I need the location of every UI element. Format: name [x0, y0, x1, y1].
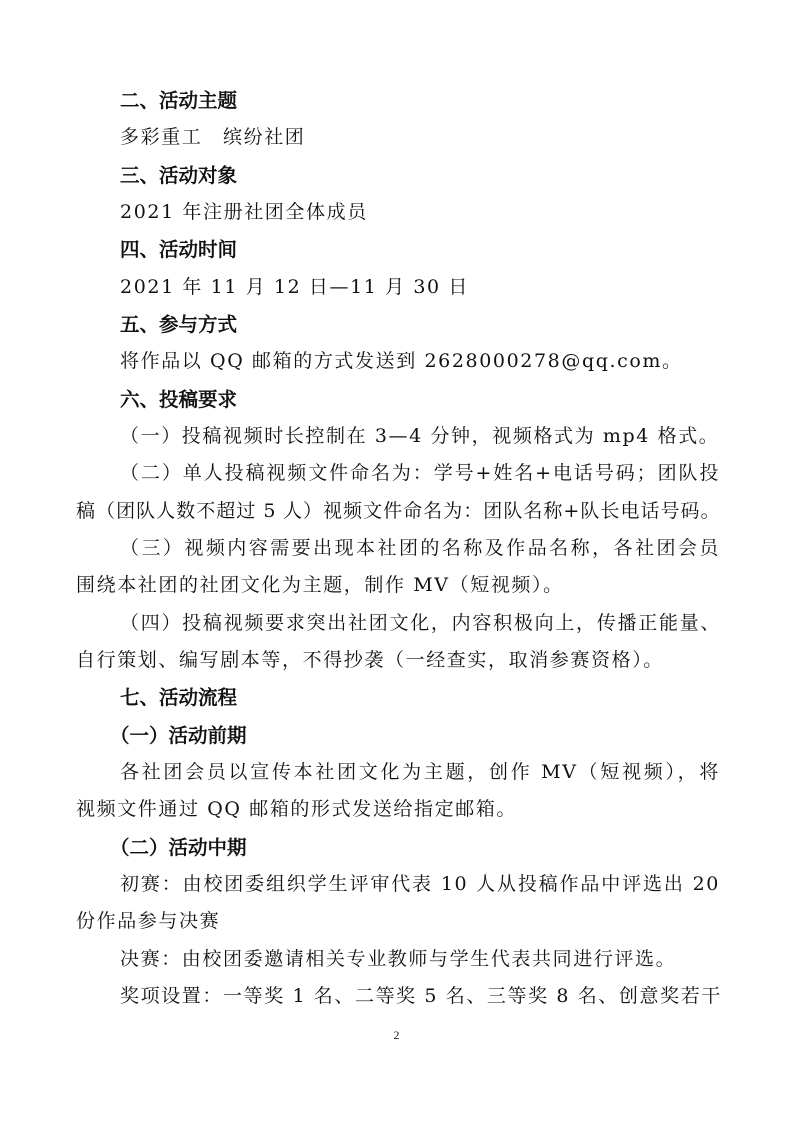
requirement-4-line-1: （四）投稿视频要求突出社团文化，内容积极向上，传播正能量、	[76, 605, 720, 642]
section-heading-time: 四、活动时间	[76, 231, 720, 268]
early-stage-line-2: 视频文件通过 QQ 邮箱的形式发送给指定邮箱。	[76, 791, 720, 828]
requirement-1: （一）投稿视频时长控制在 3—4 分钟，视频格式为 mp4 格式。	[76, 418, 720, 455]
section-heading-process: 七、活动流程	[76, 679, 720, 716]
requirement-4-line-2: 自行策划、编写剧本等，不得抄袭（一经查实，取消参赛资格）。	[76, 642, 720, 679]
section-heading-theme: 二、活动主题	[76, 82, 720, 119]
preliminary-line-2: 份作品参与决赛	[76, 903, 720, 940]
final-round-text: 决赛：由校团委邀请相关专业教师与学生代表共同进行评选。	[76, 941, 720, 978]
requirement-3-line-2: 围绕本社团的社团文化为主题，制作 MV（短视频）。	[76, 567, 720, 604]
requirement-2-line-1: （二）单人投稿视频文件命名为：学号+姓名+电话号码；团队投	[76, 455, 720, 492]
time-text: 2021 年 11 月 12 日—11 月 30 日	[76, 269, 720, 306]
participation-text: 将作品以 QQ 邮箱的方式发送到 2628000278@qq.com。	[76, 343, 720, 380]
audience-text: 2021 年注册社团全体成员	[76, 194, 720, 231]
section-heading-participation: 五、参与方式	[76, 306, 720, 343]
requirement-2-line-2: 稿（团队人数不超过 5 人）视频文件命名为：团队名称+队长电话号码。	[76, 493, 720, 530]
section-heading-audience: 三、活动对象	[76, 157, 720, 194]
awards-text: 奖项设置：一等奖 1 名、二等奖 5 名、三等奖 8 名、创意奖若干	[76, 978, 720, 1015]
document-page: 二、活动主题 多彩重工 缤纷社团 三、活动对象 2021 年注册社团全体成员 四…	[76, 82, 720, 1015]
early-stage-line-1: 各社团会员以宣传本社团文化为主题，创作 MV（短视频），将	[76, 754, 720, 791]
subsection-heading-mid: （二）活动中期	[76, 829, 720, 866]
requirement-3-line-1: （三）视频内容需要出现本社团的名称及作品名称，各社团会员	[76, 530, 720, 567]
subsection-heading-early: （一）活动前期	[76, 717, 720, 754]
preliminary-line-1: 初赛：由校团委组织学生评审代表 10 人从投稿作品中评选出 20	[76, 866, 720, 903]
page-number: 2	[0, 1028, 793, 1043]
theme-text: 多彩重工 缤纷社团	[76, 119, 720, 156]
section-heading-requirements: 六、投稿要求	[76, 381, 720, 418]
